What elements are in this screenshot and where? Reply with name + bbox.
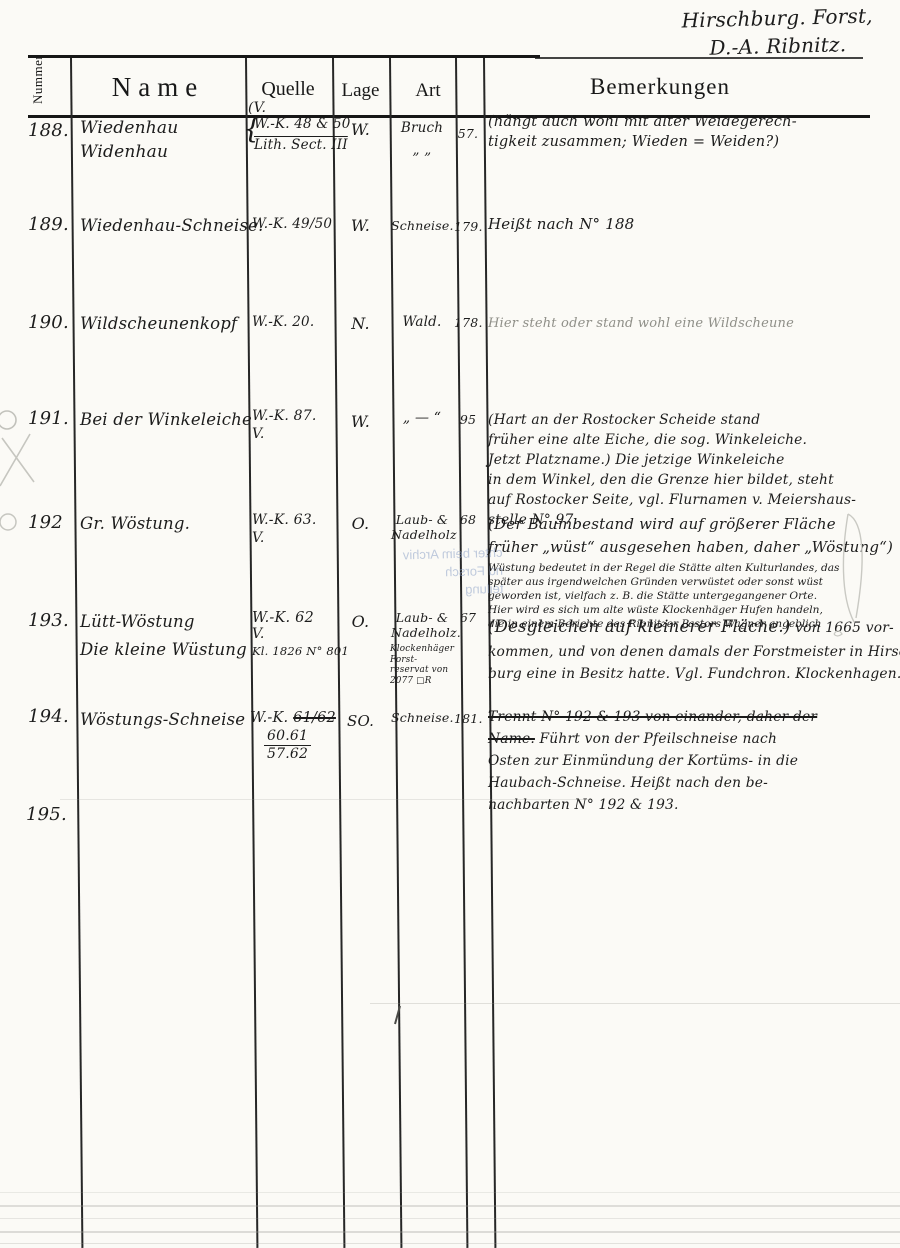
scan-streak (0, 1205, 900, 1207)
scan-streak (0, 1243, 900, 1244)
row-art-nr: 179. (454, 219, 482, 234)
pencil-loop-mark (843, 514, 862, 622)
row-nummer: 194. (28, 706, 69, 727)
row-bemerkungen: Heißt nach N° 188 (488, 215, 634, 233)
pencil-squiggle-mark (834, 631, 842, 636)
row-art-ditto: „ „ (391, 142, 453, 158)
row-art-nr: 178. (454, 315, 482, 330)
row-quelle: Kl. 1826 N° 801 (252, 644, 349, 658)
scan-streak (0, 1192, 900, 1193)
pencil-margin-marks-right (820, 500, 900, 680)
row-art-nr: 95 (454, 412, 482, 427)
scan-streak (60, 799, 590, 800)
row-name: Wöstungs-Schneise (80, 710, 245, 729)
scan-streak (0, 1231, 900, 1233)
row-nummer: 193. (28, 610, 69, 631)
row-name: Lütt-Wöstung (80, 612, 195, 631)
row-art-nr: 181. (454, 711, 482, 726)
row-art: Bruch (391, 120, 453, 136)
row-lage: SO. (334, 712, 387, 730)
row-quelle: W.-K. 63. (252, 512, 317, 528)
row-quelle: V. (252, 530, 265, 546)
column-header-art: Art (391, 80, 465, 102)
bem-large-phrase: (Desgleichen auf kleinerer Fläche.) (488, 617, 790, 636)
row-name: Wildscheunenkopf (80, 314, 237, 333)
row-nummer: 195. (26, 804, 67, 825)
top-rule-thin (535, 57, 863, 59)
row-quelle: W.-K. 62 (252, 610, 314, 626)
row-art-nr: 57. (454, 126, 482, 141)
row-lage: W. (334, 412, 387, 431)
scan-streak (0, 1218, 900, 1219)
row-name: Wiedenhau (80, 118, 178, 138)
row-art-nr: 68 (454, 512, 482, 527)
stamp-line: teilung (335, 580, 503, 602)
row-name: Gr. Wöstung. (80, 514, 190, 533)
row-name: Wiedenhau-Schneise. (80, 216, 263, 235)
column-header-name: Name (78, 72, 238, 103)
column-header-quelle: Quelle (248, 78, 328, 101)
row-art: Laub- & Nadelholz (391, 512, 453, 542)
row-quelle: V. (252, 426, 265, 442)
row-quelle: W.-K. 87. (252, 408, 317, 424)
slash-mark (395, 1006, 400, 1024)
row-lage: W. (334, 120, 387, 139)
row-name: Widenhau (80, 142, 168, 162)
row-lage: N. (334, 314, 387, 333)
row-art: „ — “ (391, 410, 453, 426)
pencil-x-mark (0, 434, 34, 486)
row-art: Wald. (391, 314, 453, 330)
bem-struck-line: Trennt N° 192 & 193 von einander, daher … (488, 706, 817, 728)
row-quelle: V. (252, 626, 265, 642)
row-nummer: 188. (28, 120, 69, 141)
row-lage: O. (334, 514, 387, 533)
column-header-bemerkungen: Bemerkungen (490, 74, 830, 100)
quelle-fraction: 60.61 57.62 (264, 728, 311, 762)
column-header-lage: Lage (334, 80, 387, 102)
row-art-nr: 67 (454, 610, 482, 625)
scanned-register-page: Hirschburg. Forst, D.-A. Ribnitz. Nummer… (0, 0, 900, 1248)
row-art: Schneise. (391, 218, 453, 233)
row-art: Laub- & Nadelholz. (391, 610, 453, 640)
row-quelle: W.-K. 61/62 (250, 710, 336, 726)
row-bemerkungen-pencil: Hier steht oder stand wohl eine Wildsche… (488, 316, 794, 331)
fraction-numerator: 60.61 (264, 728, 311, 746)
row-bemerkungen: (Hart an der Rostocker Scheide stand frü… (488, 410, 856, 530)
pencil-circle-mark (0, 411, 16, 429)
col-divider-art (455, 58, 468, 1248)
row-quelle: W.-K. 20. (252, 314, 314, 330)
row-bemerkungen: (hängt auch wohl mit alter Weidegerech- … (488, 112, 797, 152)
quelle-struck-value: 61/62 (293, 710, 336, 726)
row-art-small: Klockenhäger Forst- reservat von 2077 □R (390, 644, 456, 686)
row-lage: O. (334, 612, 387, 631)
fraction-denominator: 57.62 (264, 746, 311, 762)
stray-ink-mark (390, 1000, 410, 1030)
row-lage: W. (334, 216, 387, 235)
row-name: Bei der Winkeleiche (80, 410, 252, 429)
row-quelle: Lith. Sect. III (254, 137, 348, 153)
scan-streak (370, 1003, 900, 1004)
archive-stamp: chter beim Archiv nd Forsch teilung (334, 544, 503, 602)
top-rule-thick (28, 55, 540, 58)
row-art: Schneise. (391, 710, 453, 725)
header-note: Hirschburg. Forst, D.-A. Ribnitz. (654, 3, 900, 61)
header-note-line-1: Hirschburg. Forst, (654, 3, 900, 33)
row-nummer: 190. (28, 312, 69, 333)
row-quelle: W.-K. 49/50 (252, 216, 332, 232)
row-name: Die kleine Wüstung (80, 640, 247, 659)
pencil-margin-mark-192 (0, 510, 30, 540)
row-nummer: 189. (28, 214, 69, 235)
bem-struck-line: Name. (488, 731, 535, 747)
column-header-nummer: Nummer (36, 70, 64, 114)
pencil-circle-mark (0, 514, 16, 530)
